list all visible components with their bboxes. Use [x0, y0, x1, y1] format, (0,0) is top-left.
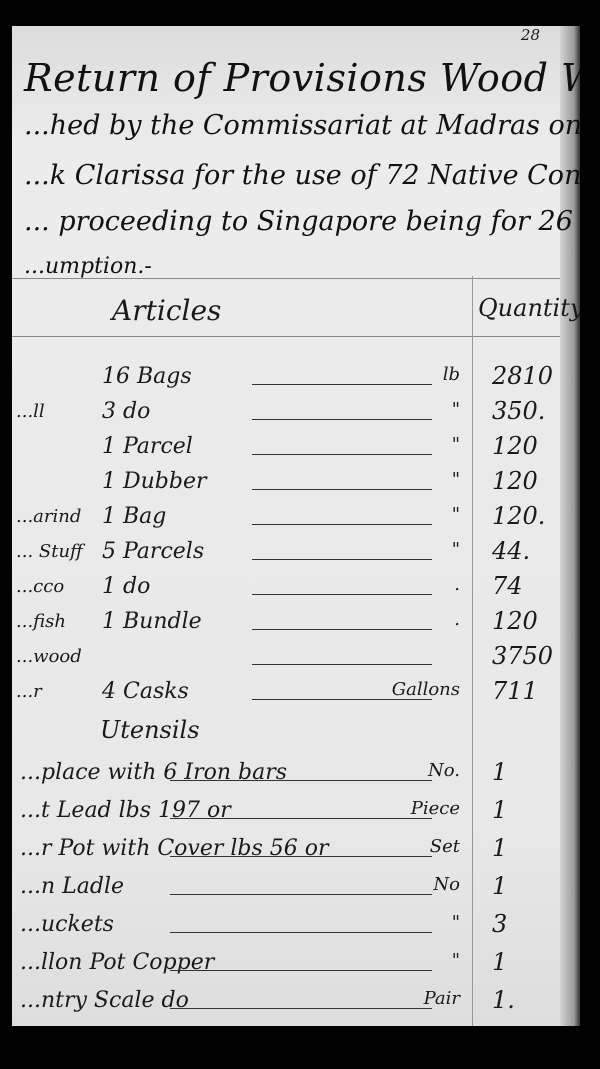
row-quantity: 1 — [492, 948, 507, 976]
row-quantity: 1 — [492, 834, 507, 862]
folio-number: 28 — [521, 26, 540, 44]
row-quantity: 1 — [492, 872, 507, 900]
row-article: 1 Bag — [102, 504, 166, 529]
row-article: 1 Bundle — [102, 609, 202, 634]
row-unit: " — [452, 469, 460, 490]
row-quantity: 1 — [492, 758, 507, 786]
table-row: 16 Bagslb2810 — [12, 362, 580, 398]
leader-line — [252, 489, 432, 490]
row-article: 4 Casks — [102, 679, 189, 704]
row-prefix: ... Stuff — [16, 541, 83, 562]
leader-line — [170, 894, 432, 895]
table-row: ...llon Pot Copper"1 — [12, 948, 580, 984]
row-unit: lb — [443, 364, 460, 385]
row-unit: Gallons — [392, 679, 460, 700]
row-unit: No. — [428, 760, 460, 781]
table-row: ...ntry Scale doPair1. — [12, 986, 580, 1022]
leader-line — [252, 384, 432, 385]
row-quantity: 3 — [492, 910, 507, 938]
table-row: ...cco1 do.74 — [12, 572, 580, 608]
heading-line-2: ...hed by the Commissariat at Madras on … — [24, 110, 580, 141]
row-unit: " — [452, 539, 460, 560]
row-article: ...ntry Scale do — [20, 988, 189, 1013]
row-unit: " — [452, 434, 460, 455]
leader-line — [252, 559, 432, 560]
table-row: 1 Parcel"120 — [12, 432, 580, 468]
row-quantity: 120 — [492, 467, 538, 495]
leader-line — [252, 454, 432, 455]
row-prefix: ...arind — [16, 506, 81, 527]
leader-line — [252, 594, 432, 595]
table-row: ...uckets"3 — [12, 910, 580, 946]
leader-line — [252, 524, 432, 525]
leader-line — [170, 818, 432, 819]
row-article: 16 Bags — [102, 364, 192, 389]
table-row: ...r Pot with Cover lbs 56 orSet1 — [12, 834, 580, 870]
row-article: ...uckets — [20, 912, 114, 937]
row-quantity: 120. — [492, 502, 545, 530]
leader-line — [170, 780, 432, 781]
row-article: ...n Ladle — [20, 874, 124, 899]
row-quantity: 1 — [492, 796, 507, 824]
table-row: ...t Lead lbs 197 orPiece1 — [12, 796, 580, 832]
leader-line — [170, 856, 432, 857]
row-article: 1 Dubber — [102, 469, 207, 494]
row-article: 1 Parcel — [102, 434, 193, 459]
leader-line — [252, 629, 432, 630]
row-unit: No — [433, 874, 460, 895]
row-quantity: 120 — [492, 432, 538, 460]
table-row: ...n LadleNo1 — [12, 872, 580, 908]
table-header-rule — [12, 336, 560, 337]
row-prefix: ...wood — [16, 646, 82, 667]
row-prefix: ...fish — [16, 611, 66, 632]
heading-line-3: ...k Clarissa for the use of 72 Native C… — [24, 160, 580, 191]
manuscript-page: 28 Return of Provisions Wood Water &c ..… — [12, 26, 580, 1026]
row-quantity: 120 — [492, 607, 538, 635]
leader-line — [252, 664, 432, 665]
row-unit: . — [454, 609, 460, 630]
table-row: 1 Dubber"120 — [12, 467, 580, 503]
row-prefix: ...cco — [16, 576, 64, 597]
row-prefix: ...r — [16, 681, 42, 702]
leader-line — [170, 932, 432, 933]
row-unit: Piece — [411, 798, 460, 819]
row-article: ...t Lead lbs 197 or — [20, 798, 231, 823]
row-quantity: 1. — [492, 986, 515, 1014]
table-row: ...wood3750 — [12, 642, 580, 678]
leader-line — [252, 419, 432, 420]
row-unit: " — [452, 504, 460, 525]
row-article: ...place with 6 Iron bars — [20, 760, 287, 785]
row-article: 1 do — [102, 574, 150, 599]
table-row: ...arind1 Bag"120. — [12, 502, 580, 538]
table-top-rule — [12, 278, 560, 279]
row-unit: Pair — [424, 988, 460, 1009]
heading-line-4: ... proceeding to Singapore being for 26… — [24, 206, 580, 237]
row-article: 3 do — [102, 399, 150, 424]
row-quantity: 74 — [492, 572, 523, 600]
heading-line-5: ...umption.- — [24, 254, 152, 279]
row-unit: " — [452, 950, 460, 971]
table-row: ...ll3 do"350. — [12, 397, 580, 433]
row-article: 5 Parcels — [102, 539, 204, 564]
row-quantity: 711 — [492, 677, 538, 705]
table-row: ...r4 CasksGallons711 — [12, 677, 580, 713]
table-row: ... Stuff5 Parcels"44. — [12, 537, 580, 573]
row-quantity: 2810 — [492, 362, 553, 390]
utensils-heading: Utensils — [100, 716, 200, 744]
row-unit: Set — [430, 836, 460, 857]
row-quantity: 350. — [492, 397, 545, 425]
row-quantity: 3750 — [492, 642, 553, 670]
leader-line — [170, 970, 432, 971]
row-unit: " — [452, 399, 460, 420]
row-article: ...llon Pot Copper — [20, 950, 214, 975]
document-title: Return of Provisions Wood Water &c — [24, 56, 580, 100]
table-row: ...place with 6 Iron barsNo.1 — [12, 758, 580, 794]
row-prefix: ...ll — [16, 401, 45, 422]
quantity-column-header: Quantity — [478, 294, 580, 322]
row-quantity: 44. — [492, 537, 530, 565]
row-article: ...r Pot with Cover lbs 56 or — [20, 836, 329, 861]
articles-column-header: Articles — [112, 294, 221, 327]
row-unit: . — [454, 574, 460, 595]
table-row: ...fish1 Bundle.120 — [12, 607, 580, 643]
row-unit: " — [452, 912, 460, 933]
leader-line — [170, 1008, 432, 1009]
